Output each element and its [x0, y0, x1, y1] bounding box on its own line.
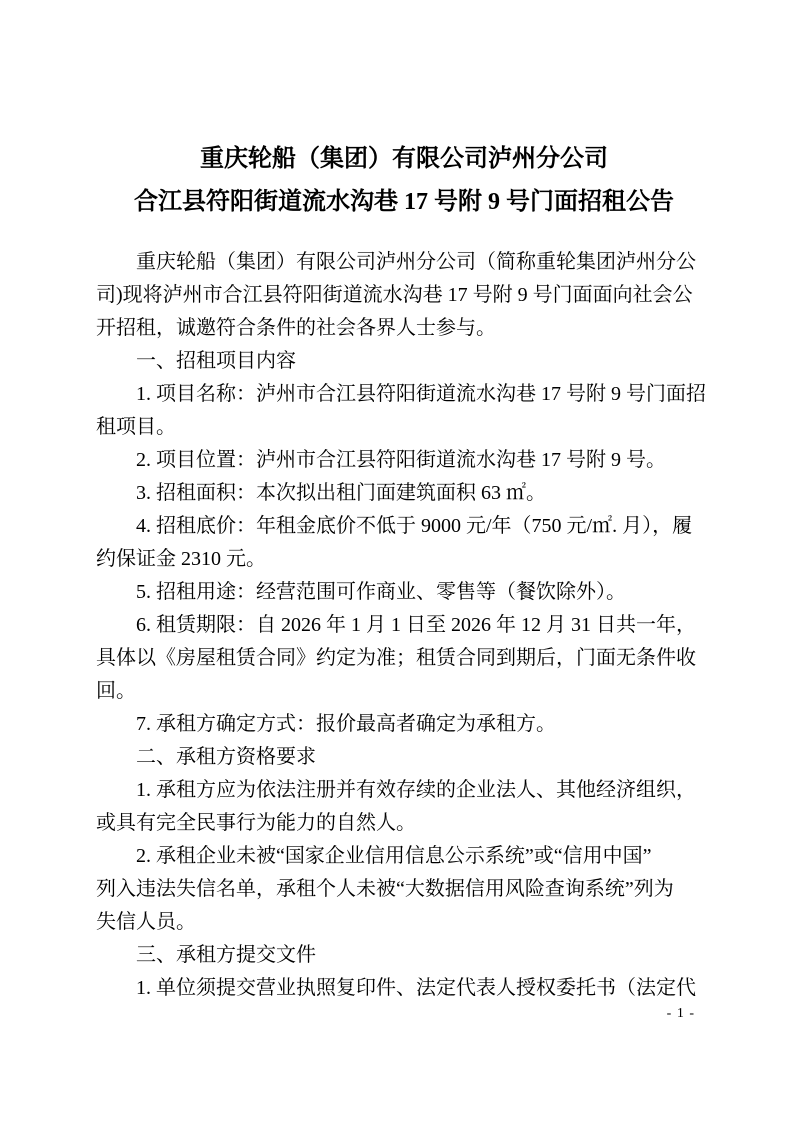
- doc-line: 2. 承租企业未被“国家企业信用信息公示系统”或“信用中国”: [96, 840, 712, 873]
- doc-line: 7. 承租方确定方式：报价最高者确定为承租方。: [96, 708, 712, 741]
- doc-line: 回。: [96, 675, 712, 708]
- section-heading: 三、承租方提交文件: [96, 939, 712, 972]
- doc-line: 约保证金 2310 元。: [96, 543, 712, 576]
- doc-line: 3. 招租面积：本次拟出租门面建筑面积 63 ㎡。: [96, 477, 712, 510]
- document-page: 重庆轮船（集团）有限公司泸州分公司 合江县符阳街道流水沟巷 17 号附 9 号门…: [0, 0, 793, 1122]
- doc-line: 1. 承租方应为依法注册并有效存续的企业法人、其他经济组织，: [96, 774, 712, 807]
- document-body: 重庆轮船（集团）有限公司泸州分公司（简称重轮集团泸州分公 司)现将泸州市合江县符…: [96, 246, 712, 1005]
- doc-line: 重庆轮船（集团）有限公司泸州分公司（简称重轮集团泸州分公: [96, 246, 712, 279]
- doc-line: 6. 租赁期限：自 2026 年 1 月 1 日至 2026 年 12 月 31…: [96, 609, 712, 642]
- document-title: 重庆轮船（集团）有限公司泸州分公司 合江县符阳街道流水沟巷 17 号附 9 号门…: [96, 138, 712, 224]
- doc-line: 或具有完全民事行为能力的自然人。: [96, 807, 712, 840]
- section-heading: 二、承租方资格要求: [96, 741, 712, 774]
- page-number: - 1 -: [667, 1006, 695, 1022]
- doc-line: 失信人员。: [96, 906, 712, 939]
- doc-line: 列入违法失信名单，承租个人未被“大数据信用风险查询系统”列为: [96, 873, 712, 906]
- document-content: 重庆轮船（集团）有限公司泸州分公司 合江县符阳街道流水沟巷 17 号附 9 号门…: [96, 138, 712, 1005]
- doc-line: 5. 招租用途：经营范围可作商业、零售等（餐饮除外）。: [96, 576, 712, 609]
- doc-line: 1. 项目名称：泸州市合江县符阳街道流水沟巷 17 号附 9 号门面招: [96, 378, 712, 411]
- section-heading: 一、招租项目内容: [96, 345, 712, 378]
- doc-line: 租项目。: [96, 411, 712, 444]
- doc-line: 具体以《房屋租赁合同》约定为准；租赁合同到期后，门面无条件收: [96, 642, 712, 675]
- title-line-1: 重庆轮船（集团）有限公司泸州分公司: [96, 138, 712, 181]
- doc-line: 司)现将泸州市合江县符阳街道流水沟巷 17 号附 9 号门面面向社会公: [96, 279, 712, 312]
- title-line-2: 合江县符阳街道流水沟巷 17 号附 9 号门面招租公告: [96, 181, 712, 224]
- doc-line: 2. 项目位置：泸州市合江县符阳街道流水沟巷 17 号附 9 号。: [96, 444, 712, 477]
- doc-line: 开招租，诚邀符合条件的社会各界人士参与。: [96, 312, 712, 345]
- doc-line: 1. 单位须提交营业执照复印件、法定代表人授权委托书（法定代: [96, 972, 712, 1005]
- doc-line: 4. 招租底价：年租金底价不低于 9000 元/年（750 元/㎡. 月），履: [96, 510, 712, 543]
